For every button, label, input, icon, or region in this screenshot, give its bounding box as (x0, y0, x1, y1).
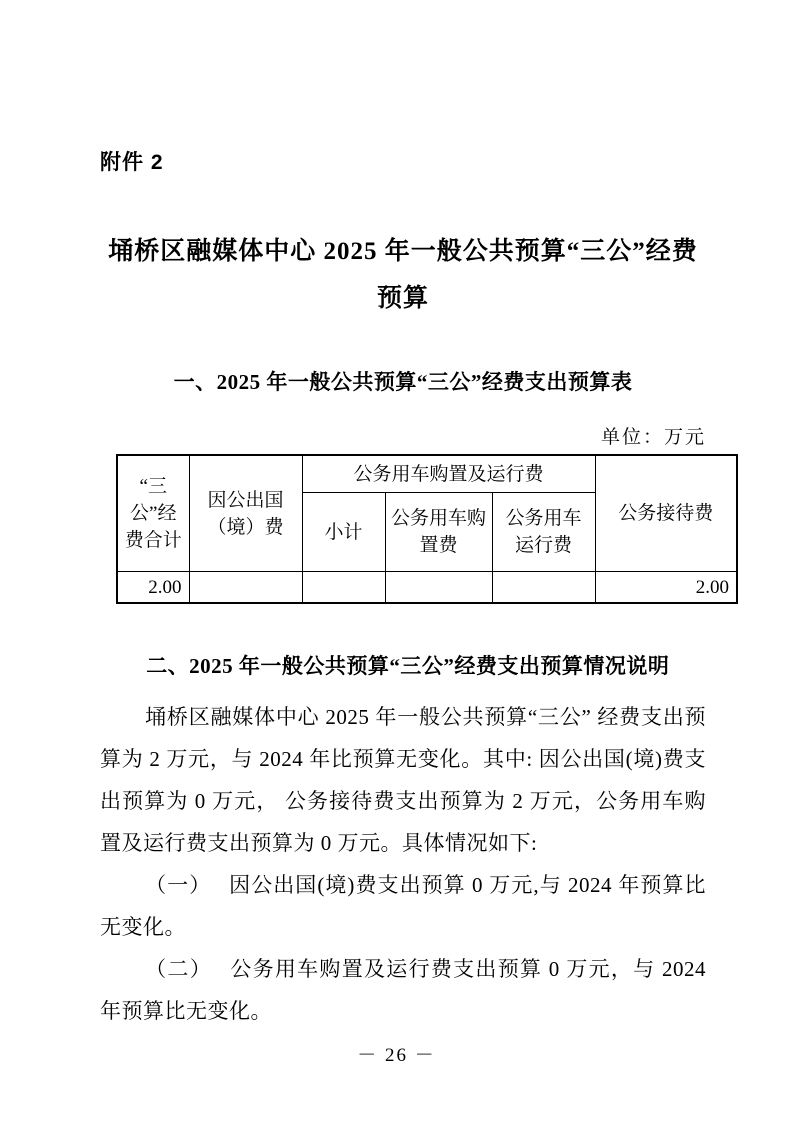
table-header-reception-fee: 公务接待费 (595, 455, 737, 572)
document-title: 埇桥区融媒体中心 2025 年一般公共预算“三公”经费预算 (100, 228, 706, 322)
table-header-vehicle-group: 公务用车购置及运行费 (302, 455, 595, 493)
page-number: － 26 － (0, 1040, 793, 1067)
table-cell-sangong-total: 2.00 (117, 572, 189, 604)
section2-heading: 二、2025 年一般公共预算“三公”经费支出预算情况说明 (100, 650, 706, 680)
table-header-vehicle-operation: 公务用车运行费 (492, 493, 595, 572)
unit-label: 单位：万元 (100, 422, 706, 449)
table-cell-vehicle-operation (492, 572, 595, 604)
section2-paragraph: 埇桥区融媒体中心 2025 年一般公共预算“三公” 经费支出预算为 2 万元，与… (100, 696, 706, 864)
section2-item2: （二） 公务用车购置及运行费支出预算 0 万元，与 2024 年预算比无变化。 (100, 948, 706, 1032)
budget-table: “三公”经费合计 因公出国（境）费 公务用车购置及运行费 公务接待费 小计 公务… (116, 454, 738, 604)
section2-item1: （一） 因公出国(境)费支出预算 0 万元,与 2024 年预算比无变化。 (100, 864, 706, 948)
section1-heading: 一、2025 年一般公共预算“三公”经费支出预算表 (100, 366, 706, 396)
document-page: 附件 2 埇桥区融媒体中心 2025 年一般公共预算“三公”经费预算 一、202… (0, 0, 793, 1122)
table-cell-abroad-fee (189, 572, 302, 604)
table-header-sangong-total: “三公”经费合计 (117, 455, 189, 572)
table-header-abroad-fee: 因公出国（境）费 (189, 455, 302, 572)
table-header-row-group: “三公”经费合计 因公出国（境）费 公务用车购置及运行费 公务接待费 (117, 455, 737, 493)
table-header-subtotal: 小计 (302, 493, 385, 572)
table-cell-vehicle-purchase (385, 572, 492, 604)
table-cell-subtotal (302, 572, 385, 604)
table-cell-reception-fee: 2.00 (595, 572, 737, 604)
document-content: 附件 2 埇桥区融媒体中心 2025 年一般公共预算“三公”经费预算 一、202… (100, 0, 706, 1032)
table-header-vehicle-purchase: 公务用车购置费 (385, 493, 492, 572)
table-data-row: 2.00 2.00 (117, 572, 737, 604)
attachment-label: 附件 2 (100, 146, 706, 176)
